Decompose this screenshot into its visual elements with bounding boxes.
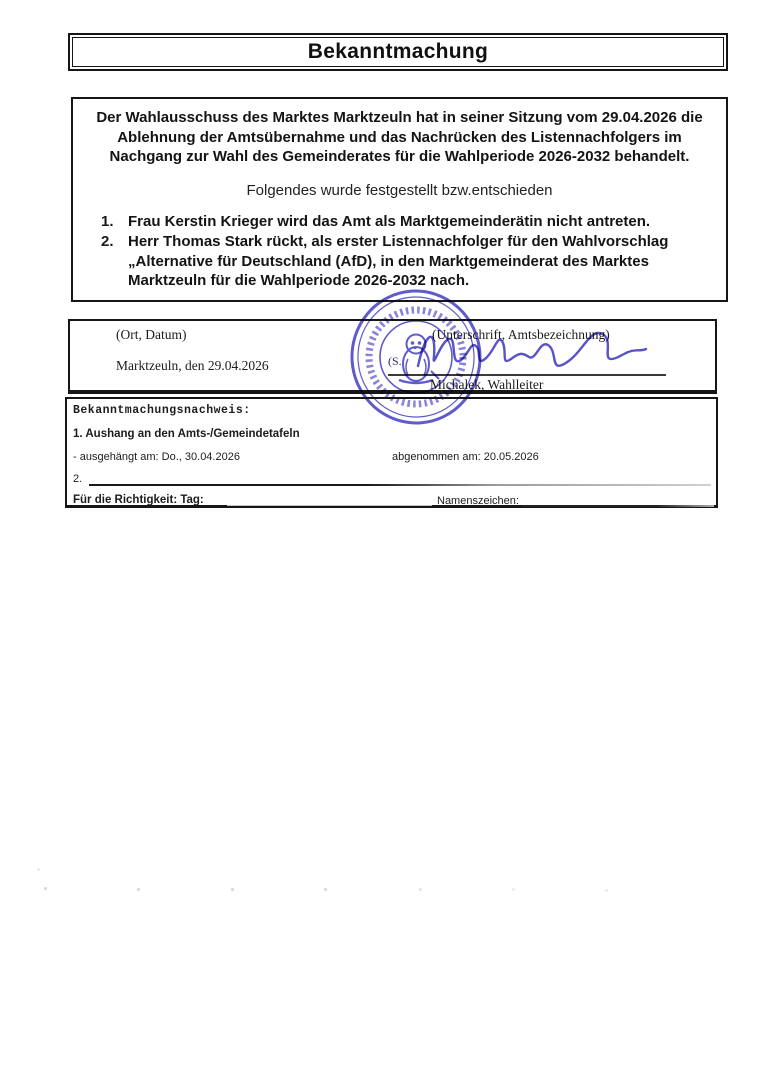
notice-subheading: Folgendes wurde festgestellt bzw.entschi… [73,182,726,199]
scan-noise-speck [44,887,47,890]
ort-datum-value: Marktzeuln, den 29.04.2026 [116,358,269,374]
removed-date-label: abgenommen am: 20.05.2026 [392,451,539,463]
namenszeichen-fill-line [522,505,714,507]
seal-placeholder-note: (S. [388,354,402,369]
scan-noise-speck [605,889,608,892]
list-item-number: 2. [101,232,128,291]
posted-date-label: - ausgehängt am: Do., 30.04.2026 [73,451,240,463]
blank-fill-line [89,484,711,486]
document-title: Bekanntmachung [308,40,488,64]
list-item-text: Herr Thomas Stark rückt, als erster List… [128,232,693,291]
scan-noise-speck [137,888,140,891]
ort-datum-label: (Ort, Datum) [116,327,186,343]
scanned-document-page: Bekanntmachung Der Wahlausschuss des Mar… [0,0,763,1080]
namenszeichen-label: Namenszeichen: [437,495,519,507]
signature-box: (Ort, Datum) (Unterschrift, Amtsbezeichn… [68,319,717,394]
unterschrift-label: (Unterschrift, Amtsbezeichnung) [432,327,610,343]
signature-line [388,374,666,376]
scan-noise-speck [512,888,515,891]
scan-noise-speck [324,888,327,891]
notice-box: Der Wahlausschuss des Marktes Marktzeuln… [71,97,728,302]
list-item-text: Frau Kerstin Krieger wird das Amt als Ma… [128,212,693,232]
nachweis-box: Bekanntmachungsnachweis: 1. Aushang an d… [65,397,718,508]
nachweis-heading: Bekanntmachungsnachweis: [73,404,251,417]
list-item: 2. Herr Thomas Stark rückt, als erster L… [101,232,706,291]
nachweis-line2-number: 2. [73,473,82,485]
scan-noise-speck [37,868,40,871]
notice-paragraph: Der Wahlausschuss des Marktes Marktzeuln… [87,108,712,167]
title-box: Bekanntmachung [68,33,728,71]
signer-name: Michalek, Wahlleiter [430,377,543,393]
list-item: 1. Frau Kerstin Krieger wird das Amt als… [101,212,706,232]
nachweis-line1: 1. Aushang an den Amts-/Gemeindetafeln [73,428,300,440]
notice-list: 1. Frau Kerstin Krieger wird das Amt als… [101,212,706,291]
scan-noise-speck [419,888,422,891]
richtigkeit-label: Für die Richtigkeit: Tag: [73,494,204,506]
title-box-inner: Bekanntmachung [72,37,724,67]
scan-noise-speck [231,888,234,891]
tag-fill-line [227,505,432,506]
list-item-number: 1. [101,212,128,232]
